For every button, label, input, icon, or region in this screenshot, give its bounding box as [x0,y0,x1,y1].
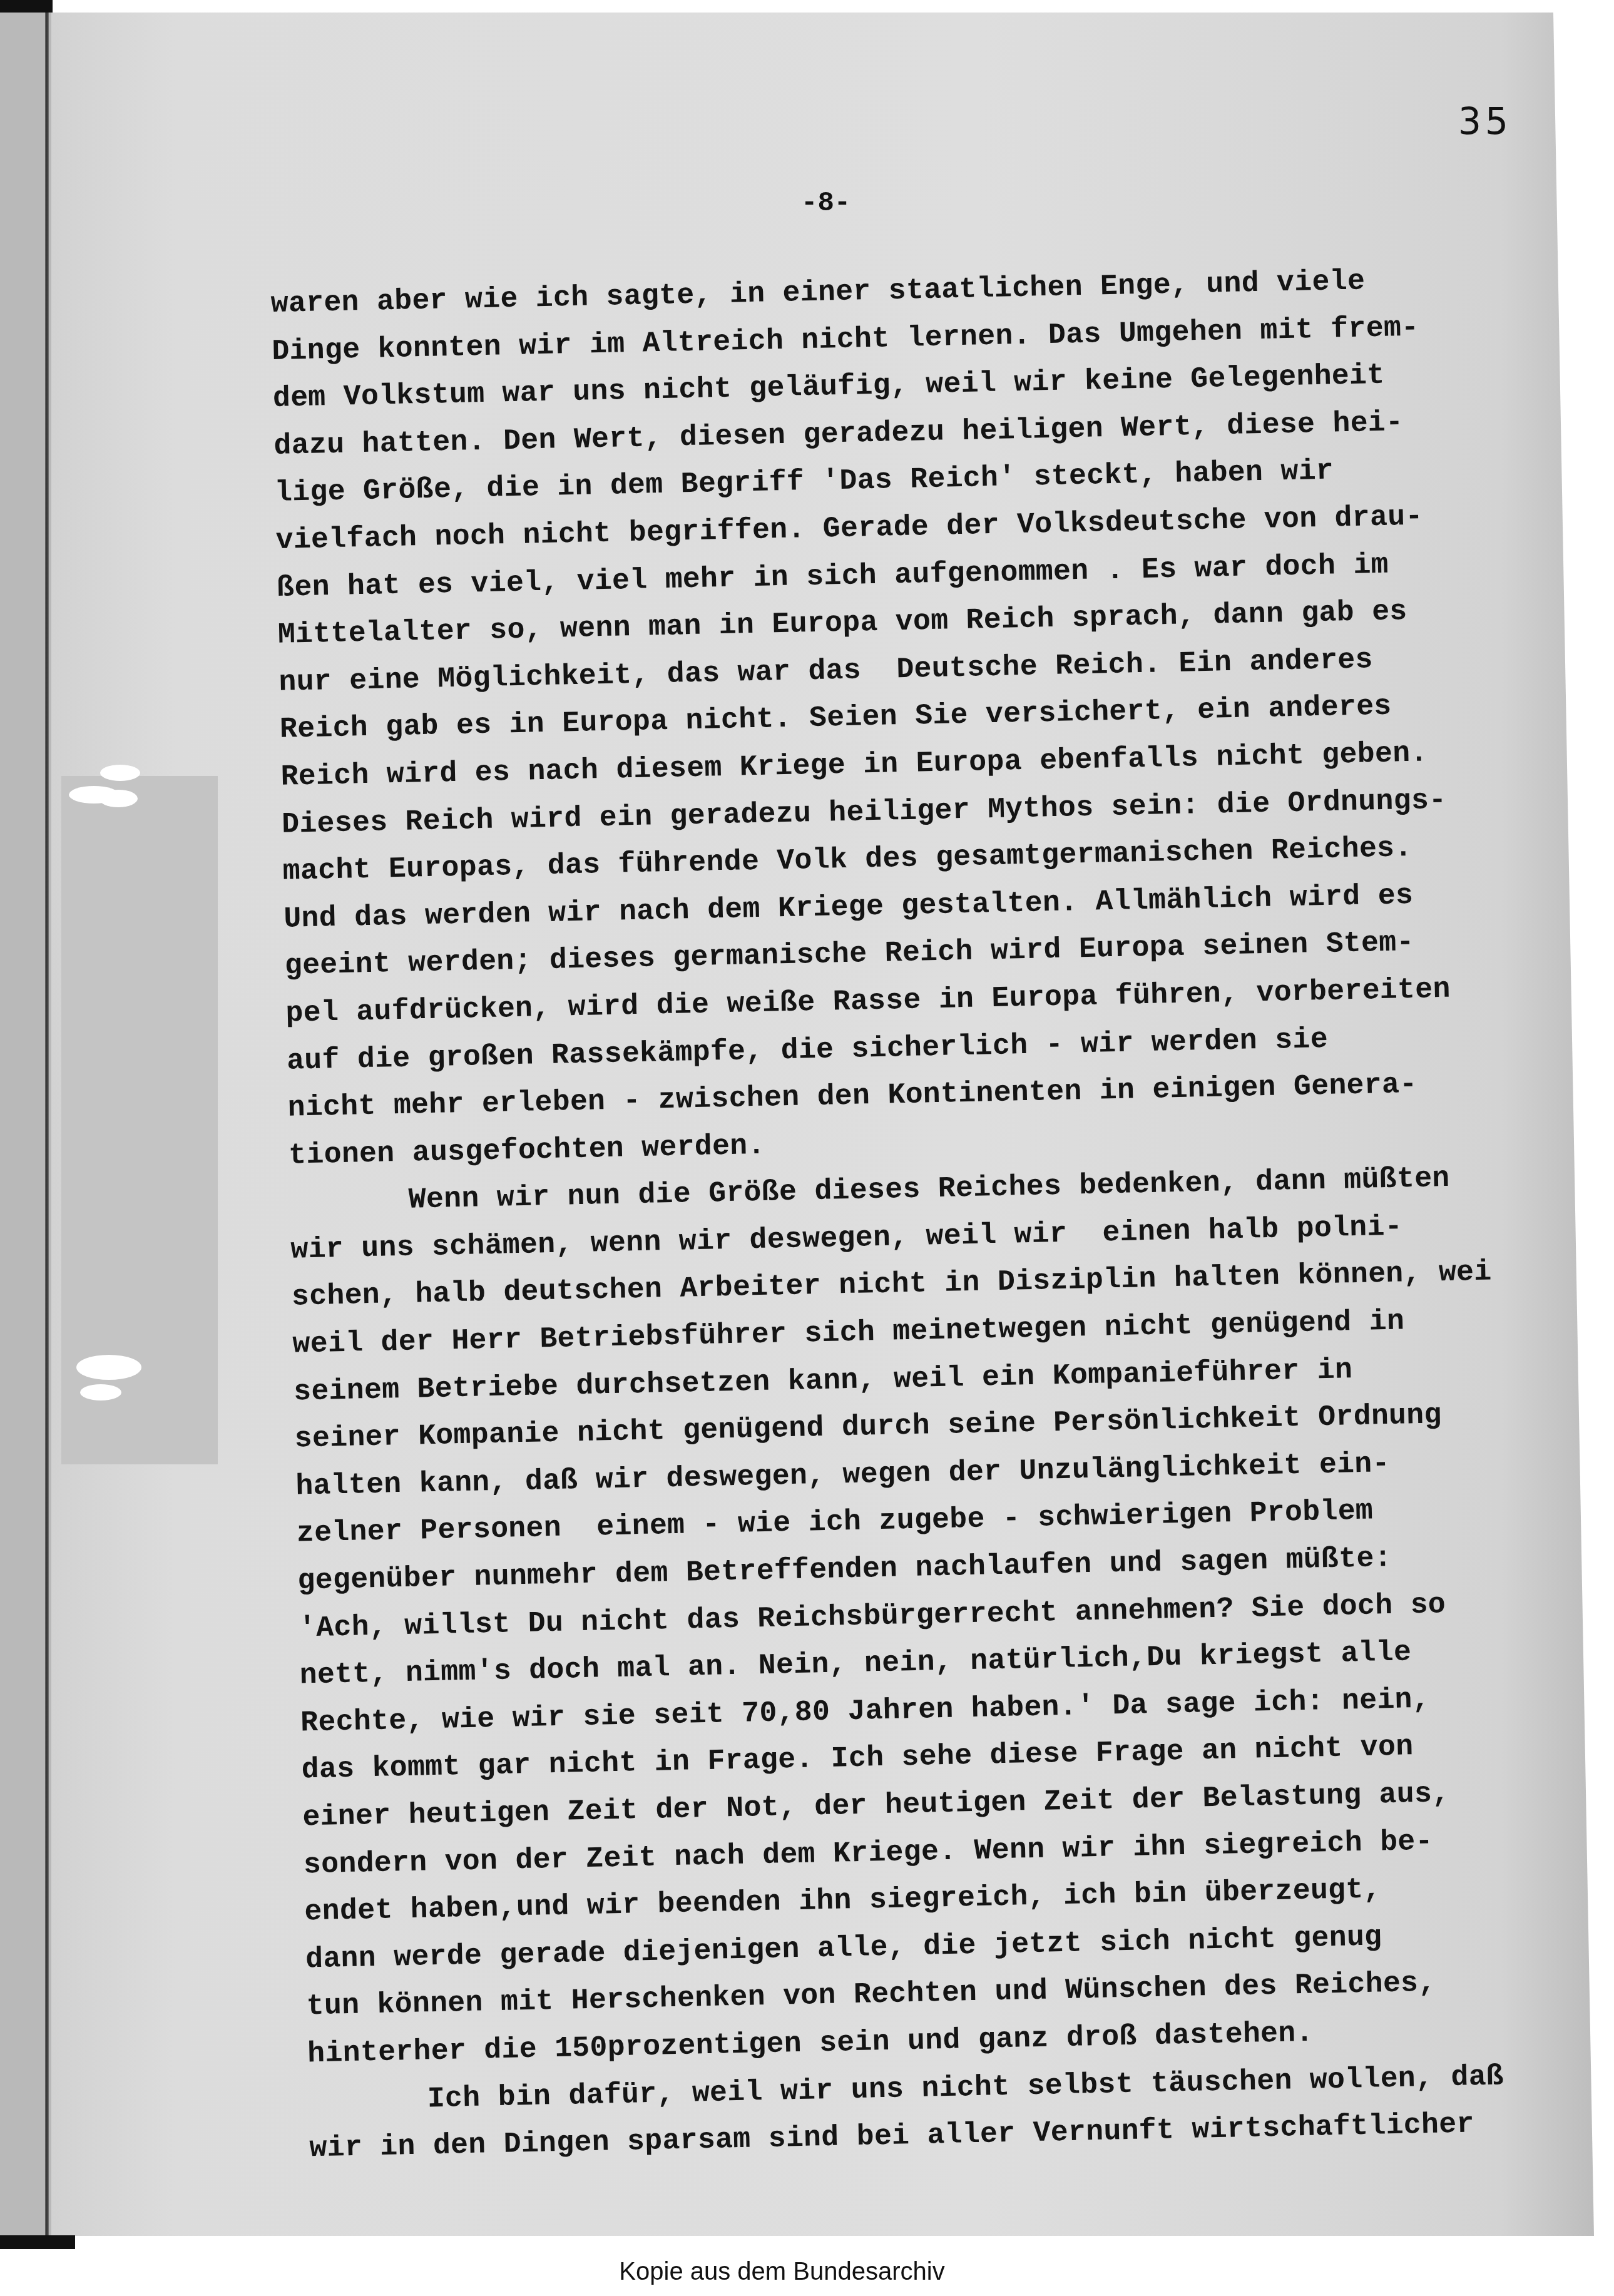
punch-hole-icon [80,1384,121,1401]
binding-seam [45,13,49,2237]
file-binding-strip [0,13,51,2237]
archive-footer: Kopie aus dem Bundesarchiv [0,2258,1614,2286]
punch-hole-icon [76,1355,141,1380]
page-marker: -8- [801,188,850,219]
punch-hole-icon [69,786,119,804]
binding-top-edge [0,0,53,14]
punch-hole-icon [100,765,140,781]
archive-page-number: 35 [1458,100,1512,143]
document-body: waren aber wie ich sagte, in einer staat… [270,252,1614,2172]
binding-bottom-edge [0,2235,75,2249]
archive-source-label: Kopie aus dem Bundesarchiv [619,2258,944,2285]
